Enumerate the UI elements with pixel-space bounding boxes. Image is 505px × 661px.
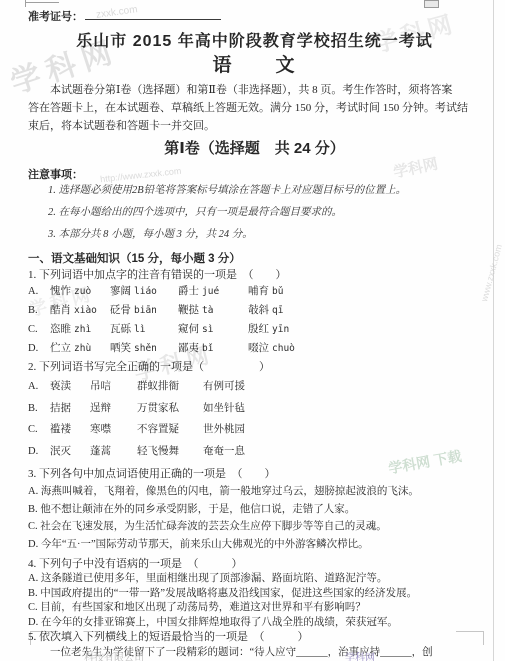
notes-heading: 注意事项： [28, 166, 481, 180]
word-cell: 群蚁排衙 [137, 376, 203, 398]
pinyin: bǔ [272, 286, 283, 297]
word-pinyin-cell: 窥伺sì [178, 320, 248, 339]
option-label: D. [28, 441, 50, 463]
question-2-option-c: C. 褴褛 寒噤 不容置疑 世外桃园 [28, 419, 481, 441]
note-item: 3. 本部分共 8 小题，每小题 3 分，共 24 分。 [28, 224, 481, 246]
word-pinyin-cell: 鞭挞tà [178, 301, 248, 320]
question-4-option-c: C. 目前，有些国家和地区出现了动荡局势，难道这对世界和平有影响吗？ [28, 601, 481, 616]
word-pinyin-cell: 哂笑shěn [110, 339, 178, 358]
pinyin: sì [202, 324, 213, 335]
word-pinyin-cell: 恣睢zhì [50, 320, 110, 339]
option-label: C. [28, 419, 50, 441]
word-pinyin-cell: 鄙夷bǐ [178, 339, 248, 358]
question-4-option-a: A. 这条隧道已使用多年，里面相继出现了顶部渗漏、路面坑陷、道路泥泞等。 [28, 572, 481, 587]
pinyin: yīn [272, 324, 289, 335]
instruction-line: 本试题卷分第Ⅰ卷（选择题）和第Ⅱ卷（非选择题），共 8 页。考生作答时，须将答案 [28, 81, 481, 99]
pinyin: zuò [74, 286, 91, 297]
option-label: B. [28, 301, 50, 320]
pinyin: bǐ [202, 343, 213, 354]
question-2: 2. 下列词语书写完全正确的一项是（ ） A. 亵渎 吊唁 群蚁排衙 有例可援 … [28, 358, 481, 462]
question-3-option-c: C. 社会在飞速发展，为生活忙碌奔波的芸芸众生应停下脚步等等自己的灵魂。 [28, 518, 481, 536]
pinyin: chuò [272, 343, 295, 354]
word-cell: 蓬蒿 [90, 441, 137, 463]
word-cell: 吊唁 [90, 376, 137, 398]
question-4-option-b: B. 中国政府提出的“一带一路”发展战略将惠及沿线国家，促进这些国家的经济发展。 [28, 587, 481, 602]
exam-document-page: 学科网 zxxk.com 学科网 http://www.zxxk.com 学科网… [0, 0, 505, 661]
option-label: A. [28, 376, 50, 398]
option-label: D. [28, 339, 50, 358]
note-item: 1. 选择题必须使用2B铅笔将答案标号填涂在答题卡上对应题目标号的位置上。 [28, 180, 481, 202]
pinyin: jué [202, 286, 219, 297]
pinyin: xiào [74, 305, 97, 316]
question-2-option-a: A. 亵渎 吊唁 群蚁排衙 有例可援 [28, 376, 481, 398]
question-1-option-c: C. 恣睢zhì 瓦砾lì 窥伺sì 殷红yīn [28, 320, 481, 339]
word-cell: 褴褛 [50, 419, 90, 441]
word-pinyin-cell: 酷肖xiào [50, 301, 110, 320]
instruction-line: 答在答题卡上，在本试题卷、草稿纸上答题无效。满分 150 分，考试时间 150 … [28, 99, 481, 117]
admission-number-row: 准考证号： [28, 8, 481, 22]
word-cell: 拮据 [50, 398, 90, 420]
exam-instructions: 本试题卷分第Ⅰ卷（选择题）和第Ⅱ卷（非选择题），共 8 页。考生作答时，须将答案… [28, 81, 481, 135]
word-cell: 奄奄一息 [203, 441, 245, 463]
exam-subject: 语 文 [28, 50, 481, 74]
page-content: 准考证号： 乐山市 2015 年高中阶段教育学校招生统一考试 语 文 本试题卷分… [0, 0, 505, 660]
question-1-stem: 1. 下列词语中加点字的注音有错误的一项是 （ ） [28, 266, 481, 282]
pinyin: zhù [74, 343, 91, 354]
word-pinyin-cell: 伫立zhù [50, 339, 110, 358]
word-pinyin-cell: 哺育bǔ [248, 282, 283, 301]
question-1-option-a: A. 愧怍zuò 寥阔liáo 爵士jué 哺育bǔ [28, 282, 481, 301]
word-cell: 世外桃园 [203, 419, 245, 441]
question-3-option-a: A. 海燕叫喊着，飞翔着，像黑色的闪电，箭一般地穿过乌云，翅膀掠起波浪的飞沫。 [28, 483, 481, 501]
word-pinyin-cell: 殷红yīn [248, 320, 289, 339]
pinyin: qī [272, 305, 283, 316]
instruction-line: 束后，将本试题卷和答题卡一并交回。 [28, 117, 481, 135]
question-1: 1. 下列词语中加点字的注音有错误的一项是 （ ） A. 愧怍zuò 寥阔liá… [28, 266, 481, 358]
pinyin: biān [134, 305, 157, 316]
option-label: C. [28, 320, 50, 339]
footer-site-text: 学科网 [345, 649, 375, 661]
footer-company-text: 科技有限公司 [84, 649, 144, 661]
option-label: B. [28, 398, 50, 420]
question-3-stem: 3. 下列各句中加点词语使用正确的一项是 （ ） [28, 466, 481, 483]
question-5-stem: 5. 依次填入下列横线上的短语最恰当的一项是 （ ） [28, 630, 481, 645]
word-pinyin-cell: 攲斜qī [248, 301, 283, 320]
word-pinyin-cell: 瓦砾lì [110, 320, 178, 339]
word-pinyin-cell: 爵士jué [178, 282, 248, 301]
question-1-option-b: B. 酷肖xiào 砭骨biān 鞭挞tà 攲斜qī [28, 301, 481, 320]
question-1-option-d: D. 伫立zhù 哂笑shěn 鄙夷bǐ 啜泣chuò [28, 339, 481, 358]
question-2-option-b: B. 拮据 逞辩 万贯家私 如坐针毡 [28, 398, 481, 420]
admission-number-label: 准考证号： [28, 11, 83, 23]
word-cell: 逞辩 [90, 398, 137, 420]
pinyin: liáo [134, 286, 157, 297]
word-cell: 有例可援 [203, 376, 245, 398]
word-cell: 寒噤 [90, 419, 137, 441]
question-4: 4. 下列句子中没有语病的一项是 （ ） A. 这条隧道已使用多年，里面相继出现… [28, 557, 481, 630]
note-item: 2. 在每小题给出的四个选项中，只有一项是最符合题目要求的。 [28, 202, 481, 224]
word-cell: 泯灭 [50, 441, 90, 463]
word-cell: 如坐针毡 [203, 398, 245, 420]
part-1-heading: 一、语文基础知识（15 分，每小题 3 分） [28, 250, 481, 266]
pinyin: tà [202, 305, 213, 316]
word-cell: 万贯家私 [137, 398, 203, 420]
pinyin: lì [134, 324, 145, 335]
pinyin: shěn [134, 343, 157, 354]
word-cell: 轻飞慢舞 [137, 441, 203, 463]
question-3-option-b: B. 他不想让颠沛在外的同乡承受阴影，于是，他信口说，走错了人家。 [28, 501, 481, 519]
word-pinyin-cell: 寥阔liáo [110, 282, 178, 301]
section-1-heading: 第Ⅰ卷（选择题 共 24 分） [28, 137, 481, 161]
question-2-stem: 2. 下列词语书写完全正确的一项是（ ） [28, 358, 481, 376]
pinyin: zhì [74, 324, 91, 335]
question-3-option-d: D. 今年“五·一”国际劳动节那天，前来乐山大佛观光的中外游客鳞次栉比。 [28, 536, 481, 554]
question-4-stem: 4. 下列句子中没有语病的一项是 （ ） [28, 557, 481, 572]
word-pinyin-cell: 啜泣chuò [248, 339, 295, 358]
question-3: 3. 下列各句中加点词语使用正确的一项是 （ ） A. 海燕叫喊着，飞翔着，像黑… [28, 466, 481, 553]
word-pinyin-cell: 愧怍zuò [50, 282, 110, 301]
exam-title: 乐山市 2015 年高中阶段教育学校招生统一考试 [28, 28, 481, 50]
admission-number-blank [85, 8, 221, 20]
word-cell: 亵渎 [50, 376, 90, 398]
option-label: A. [28, 282, 50, 301]
question-2-option-d: D. 泯灭 蓬蒿 轻飞慢舞 奄奄一息 [28, 441, 481, 463]
question-4-option-d: D. 在今年的女排亚锦赛上，中国女排辉煌地取得了八战全胜的战绩，荣获冠军。 [28, 616, 481, 631]
word-cell: 不容置疑 [137, 419, 203, 441]
word-pinyin-cell: 砭骨biān [110, 301, 178, 320]
